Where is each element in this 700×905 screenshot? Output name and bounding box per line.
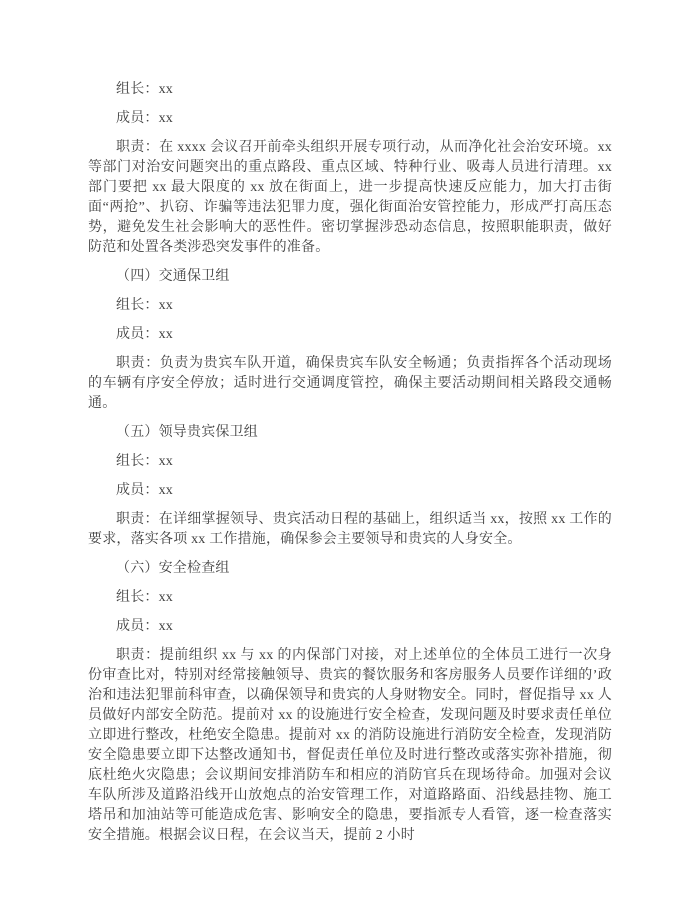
document-body: 组长：xx 成员：xx 职责：在 xxxx 会议召开前牵头组织开展专项行动，从而… — [88, 80, 612, 855]
heading-section-4-traffic-security-group: （四）交通保卫组 — [88, 267, 612, 287]
label-group-leader-4: 组长：xx — [88, 296, 612, 316]
label-group-leader-3: 组长：xx — [88, 80, 612, 100]
document-page: 组长：xx 成员：xx 职责：在 xxxx 会议召开前牵头组织开展专项行动，从而… — [0, 0, 700, 905]
label-group-leader-6: 组长：xx — [88, 588, 612, 608]
heading-section-5-vip-security-group: （五）领导贵宾保卫组 — [88, 423, 612, 443]
label-members-5: 成员：xx — [88, 481, 612, 501]
label-members-3: 成员：xx — [88, 109, 612, 129]
label-members-6: 成员：xx — [88, 617, 612, 637]
label-group-leader-5: 组长：xx — [88, 452, 612, 472]
para-duties-safety-inspection: 职责：提前组织 xx 与 xx 的内保部门对接，对上述单位的全体员工进行一次身份… — [88, 646, 612, 846]
heading-section-6-safety-inspection-group: （六）安全检查组 — [88, 559, 612, 579]
para-duties-traffic-security: 职责：负责为贵宾车队开道，确保贵宾车队安全畅通；负责指挥各个活动现场的车辆有序安… — [88, 354, 612, 414]
para-duties-vip-security: 职责：在详细掌握领导、贵宾活动日程的基础上，组织适当 xx，按照 xx 工作的要… — [88, 510, 612, 550]
para-duties-street-security: 职责：在 xxxx 会议召开前牵头组织开展专项行动，从而净化社会治安环境。xx … — [88, 138, 612, 258]
label-members-4: 成员：xx — [88, 325, 612, 345]
